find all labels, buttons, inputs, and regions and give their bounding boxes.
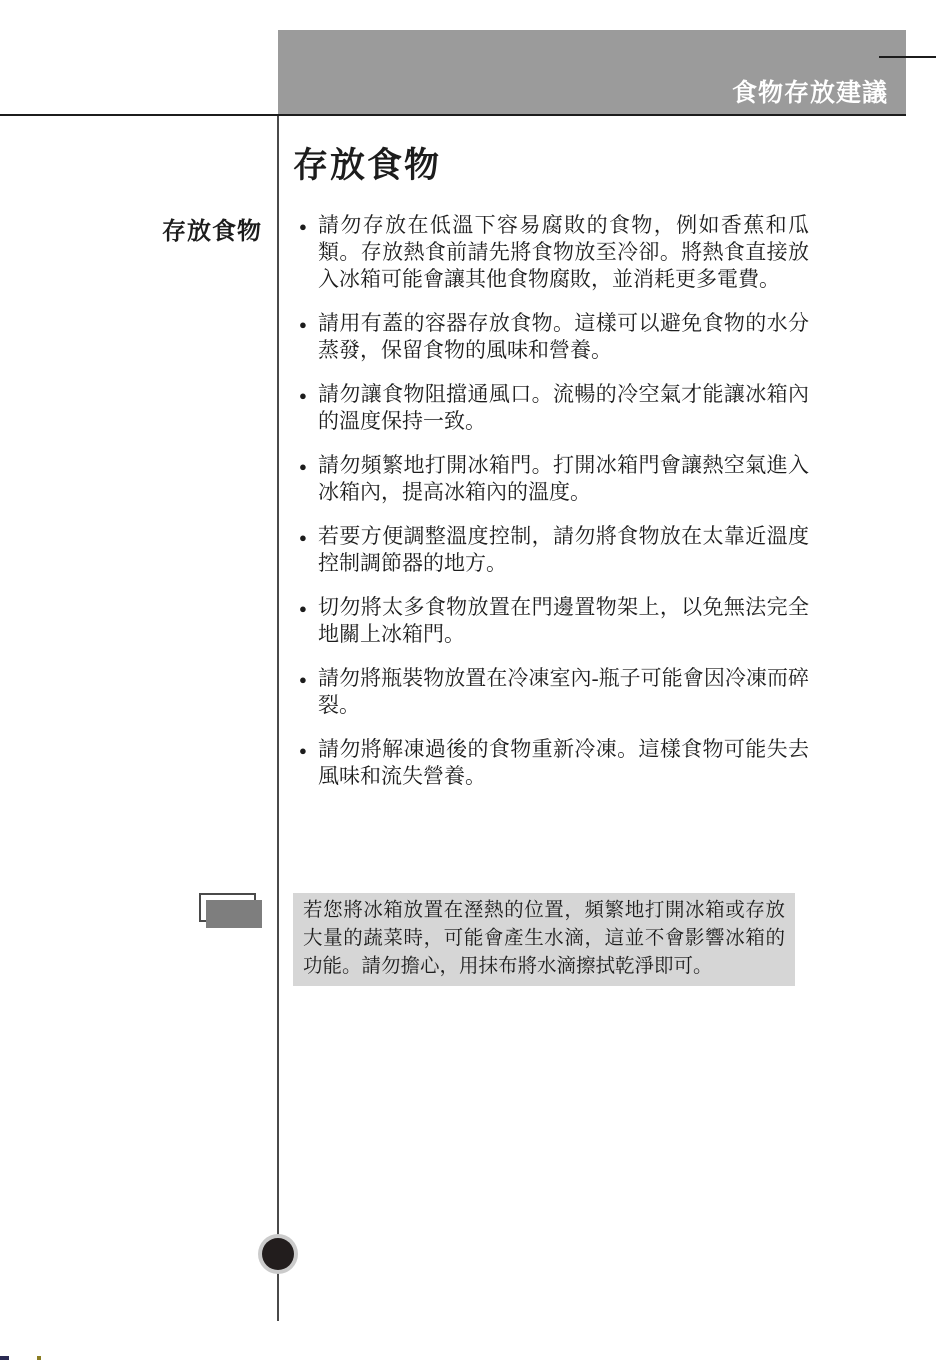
page-header-band: 食物存放建議 [278,30,906,114]
section-title: 存放食物 [293,138,441,188]
manual-page: 食物存放建議 存放食物 存放食物 請勿存放在低溫下容易腐敗的食物，例如香蕉和瓜類… [0,0,936,1362]
note-icon-fill [206,900,262,928]
list-item: 請用有蓋的容器存放食物。這樣可以避免食物的水分蒸發，保留食物的風味和營養。 [299,310,809,364]
list-item: 若要方便調整溫度控制，請勿將食物放在太靠近溫度控制調節器的地方。 [299,523,809,577]
list-item: 請勿存放在低溫下容易腐敗的食物，例如香蕉和瓜類。存放熱食前請先將食物放至冷卻。將… [299,212,809,293]
list-item: 請勿頻繁地打開冰箱門。打開冰箱門會讓熱空氣進入冰箱內，提高冰箱內的溫度。 [299,452,809,506]
list-item: 請勿將解凍過後的食物重新冷凍。這樣食物可能失去風味和流失營養。 [299,736,809,790]
print-mark-navy [0,1356,9,1360]
page-number-dot [258,1234,298,1274]
page-header-title: 食物存放建議 [732,73,888,109]
storage-tips-list: 請勿存放在低溫下容易腐敗的食物，例如香蕉和瓜類。存放熱食前請先將食物放至冷卻。將… [299,212,809,807]
note-text: 若您將冰箱放置在溼熱的位置，頻繁地打開冰箱或存放大量的蔬菜時，可能會產生水滴，這… [303,897,785,981]
print-tick-mark [879,56,936,58]
list-item: 請勿讓食物阻擋通風口。流暢的冷空氣才能讓冰箱內的溫度保持一致。 [299,381,809,435]
print-mark-dot [37,1356,41,1360]
list-item: 請勿將瓶裝物放置在冷凍室內-瓶子可能會因冷凍而碎裂。 [299,665,809,719]
vertical-divider [277,116,279,1321]
note-box: 若您將冰箱放置在溼熱的位置，頻繁地打開冰箱或存放大量的蔬菜時，可能會產生水滴，這… [293,893,795,986]
list-item: 切勿將太多食物放置在門邊置物架上，以免無法完全地關上冰箱門。 [299,594,809,648]
sidebar-label: 存放食物 [100,211,262,246]
header-underline [0,114,906,116]
page-number-dot-inner [262,1238,294,1270]
